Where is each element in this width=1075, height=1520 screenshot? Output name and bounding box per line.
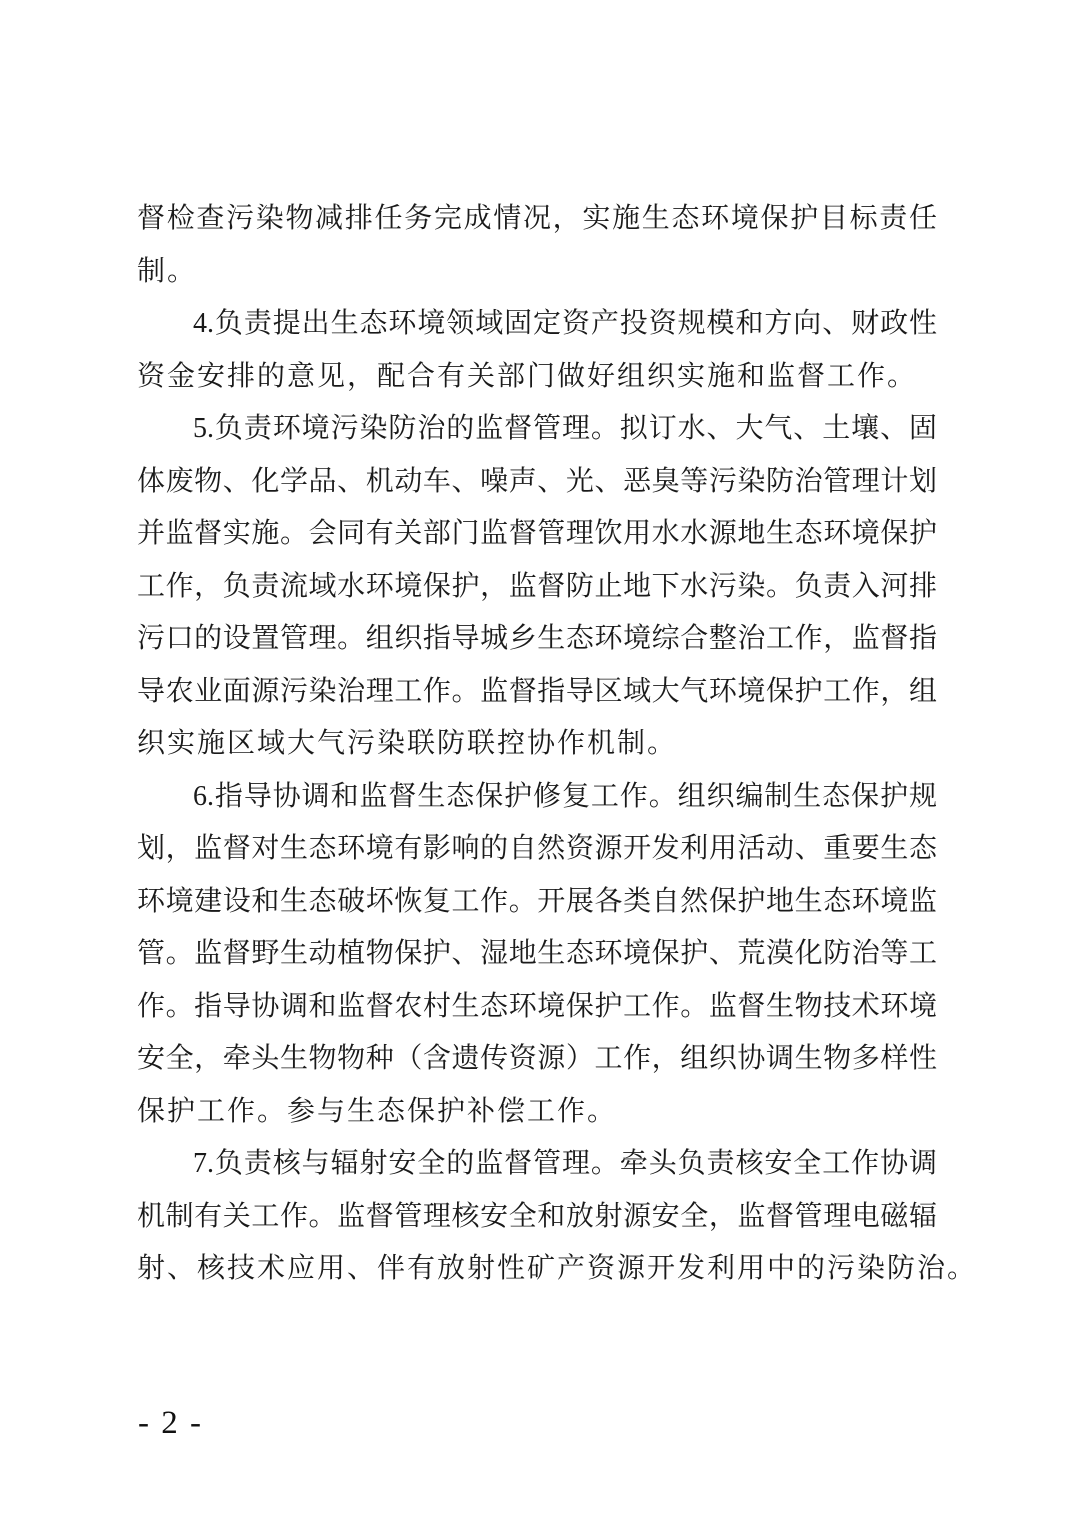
text-line: 工作，负责流域水环境保护，监督防止地下水污染。负责入河排 xyxy=(137,561,937,614)
text-line: 体废物、化学品、机动车、噪声、光、恶臭等污染防治管理计划 xyxy=(137,456,937,509)
text-line: 环境建设和生态破坏恢复工作。开展各类自然保护地生态环境监 xyxy=(137,876,937,929)
text-line: 5.负责环境污染防治的监督管理。拟订水、大气、土壤、固 xyxy=(137,403,937,456)
text-line: 管。监督野生动植物保护、湿地生态环境保护、荒漠化防治等工 xyxy=(137,928,937,981)
text-line: 督检查污染物减排任务完成情况，实施生态环境保护目标责任 xyxy=(137,193,937,246)
document-page: 督检查污染物减排任务完成情况，实施生态环境保护目标责任制。4.负责提出生态环境领… xyxy=(0,0,1075,1520)
text-line: 资金安排的意见，配合有关部门做好组织实施和监督工作。 xyxy=(137,351,937,404)
document-body: 督检查污染物减排任务完成情况，实施生态环境保护目标责任制。4.负责提出生态环境领… xyxy=(137,193,937,1296)
text-line: 4.负责提出生态环境领域固定资产投资规模和方向、财政性 xyxy=(137,298,937,351)
text-line: 7.负责核与辐射安全的监督管理。牵头负责核安全工作协调 xyxy=(137,1138,937,1191)
text-line: 射、核技术应用、伴有放射性矿产资源开发利用中的污染防治。 xyxy=(137,1243,937,1296)
text-line: 6.指导协调和监督生态保护修复工作。组织编制生态保护规 xyxy=(137,771,937,824)
text-line: 机制有关工作。监督管理核安全和放射源安全，监督管理电磁辐 xyxy=(137,1191,937,1244)
text-line: 织实施区域大气污染联防联控协作机制。 xyxy=(137,718,937,771)
text-line: 污口的设置管理。组织指导城乡生态环境综合整治工作，监督指 xyxy=(137,613,937,666)
text-line: 安全，牵头生物物种（含遗传资源）工作，组织协调生物多样性 xyxy=(137,1033,937,1086)
page-number: - 2 - xyxy=(138,1403,203,1443)
text-line: 保护工作。参与生态保护补偿工作。 xyxy=(137,1086,937,1139)
text-line: 导农业面源污染治理工作。监督指导区域大气环境保护工作，组 xyxy=(137,666,937,719)
text-line: 划，监督对生态环境有影响的自然资源开发利用活动、重要生态 xyxy=(137,823,937,876)
text-line: 并监督实施。会同有关部门监督管理饮用水水源地生态环境保护 xyxy=(137,508,937,561)
text-line: 作。指导协调和监督农村生态环境保护工作。监督生物技术环境 xyxy=(137,981,937,1034)
text-line: 制。 xyxy=(137,246,937,299)
